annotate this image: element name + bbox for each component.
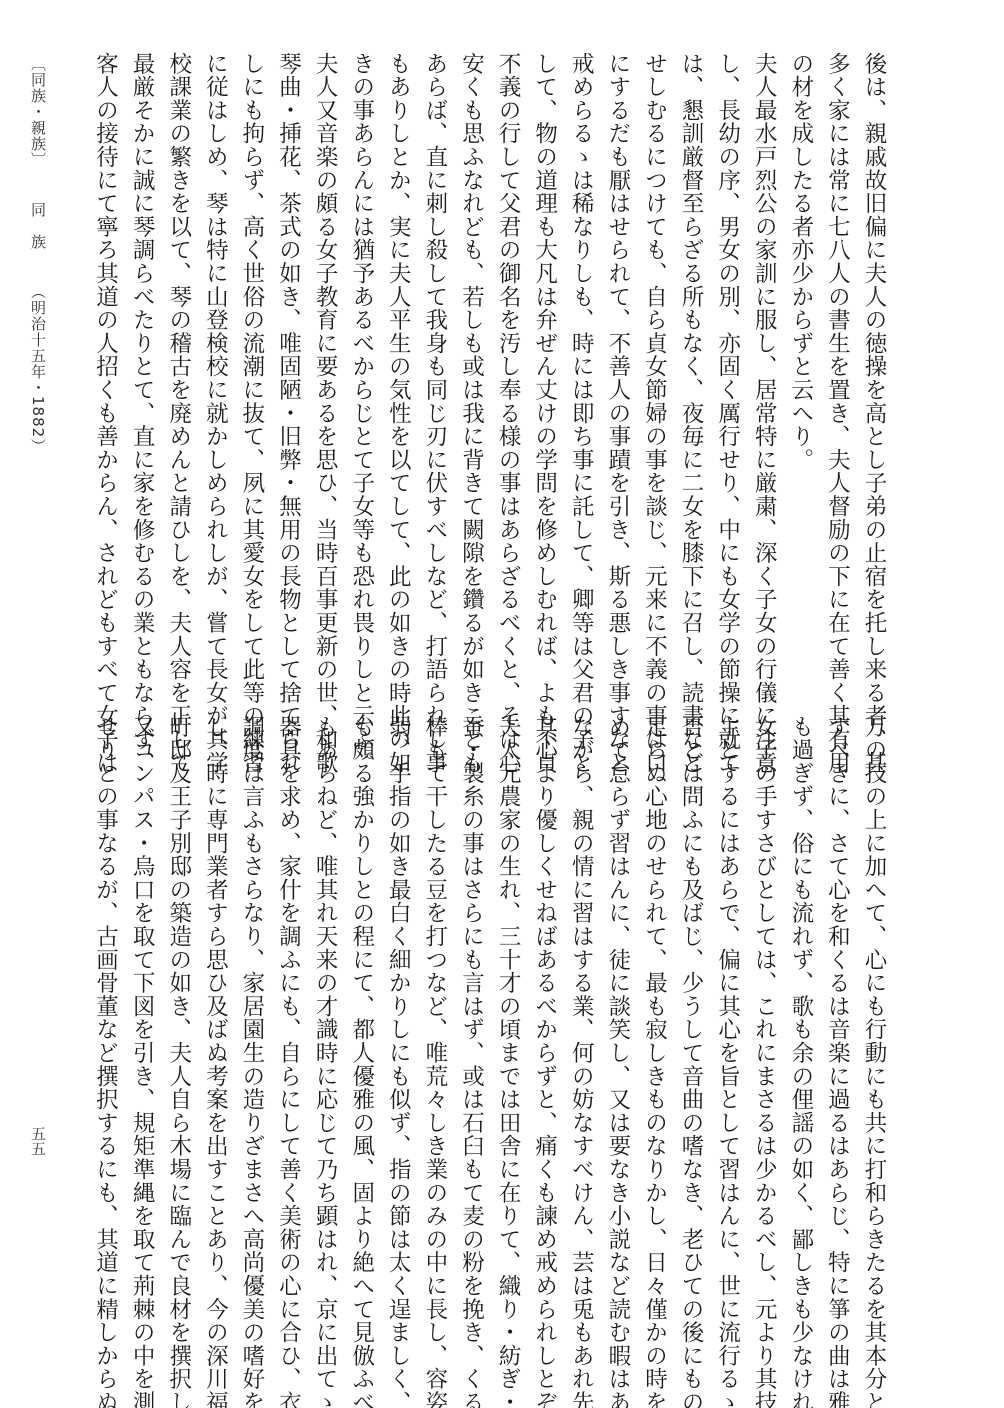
text-column: 町邸及王子別邸の築造の如き、夫人自ら木場に臨んで良材を撰択し、 bbox=[160, 715, 197, 1325]
text-column: も頗る強かりしとの程にて、都人優雅の風、固より絶へて見倣ふべく bbox=[343, 715, 380, 1325]
text-column: し、長幼の序、男女の別、亦固く厲行せり、中にも女学の節操に就て bbox=[709, 52, 746, 662]
text-column: せしむるにつけても、自ら貞女節婦の事を談じ、元来に不義の事は口 bbox=[636, 52, 673, 662]
text-column: もあらねど、唯其れ天来の才識時に応じて乃ち顕はれ、京に出てゝ後 bbox=[307, 715, 344, 1325]
text-column: は、懇訓厳督至らざる所もなく、夜毎に二女を膝下に召し、読書など bbox=[672, 52, 709, 662]
era-label: （明治十五年・1882） bbox=[28, 284, 49, 454]
text-column: 客人の接待にて寧ろ其道の人招くも善からん、されどもすべて女子は bbox=[87, 52, 124, 662]
section-label: 〔同族・親族〕 bbox=[28, 56, 49, 168]
text-column: 後は、親戚故旧偏に夫人の徳操を高とし子弟の止宿を托し来る者、甚 bbox=[855, 52, 892, 662]
text-column: 又コンパス・烏口を取て下図を引き、規矩準縄を取て荊棘の中を測量 bbox=[124, 715, 161, 1325]
text-column: 器具を求め、家什を調ふにも、自らにして善く美術の心に合ひ、衣服 bbox=[270, 715, 307, 1325]
text-column: きの事あらんには猶予あるべからじとて子女等も恐れ畏りしと云ふ。 bbox=[343, 52, 380, 662]
text-column: めて怠らず習はんに、徒に談笑し、又は要なき小説など読む暇はあり bbox=[599, 715, 636, 1325]
text-column: 蚕・製糸の事はさらにも言はず、或は石臼もて麦の粉を挽き、くるり bbox=[453, 715, 490, 1325]
text-column: 戒めらるゝは稀なりしも、時には即ち事に託して、卿等は父君の子と bbox=[563, 52, 600, 662]
text-column: 安くも思ふなれども、若しも或は我に背きて闕隙を鑽るが如きことも bbox=[453, 52, 490, 662]
text-column: 最厳そかに誠に琴調らべたりとて、直に家を修むるの業ともならず、 bbox=[124, 52, 161, 662]
text-column: 夫人又音楽の頗る女子教育に要あるを思ひ、当時百事更新の世、和歌 bbox=[307, 52, 344, 662]
text-column: し、時に専門業者すら思ひ及ばぬ考案を出すことあり、今の深川福住 bbox=[197, 715, 234, 1325]
text-column: 夫人最水戸烈公の家訓に服し、居常特に厳粛、深く子女の行儀に注意 bbox=[746, 52, 783, 662]
text-column: にするだも厭はせられて、不善人の事蹟を引き、斯る悪しき事すなと bbox=[599, 52, 636, 662]
text-column: の材を成したる者亦少からずと云へり。 bbox=[782, 52, 819, 662]
text-column: しにも拘らず、高く世俗の流潮に抜て、夙に其愛女をして此等の練習 bbox=[233, 52, 270, 662]
chapter-title: 同 族 bbox=[28, 202, 49, 250]
top-text-block: 後は、親戚故旧偏に夫人の徳操を高とし子弟の止宿を托し来る者、甚 多く家には常に七… bbox=[87, 52, 892, 662]
page-number: 五五 bbox=[28, 1126, 49, 1156]
text-column: せりとの事なるが、古画骨董など撰択するにも、其道に精しからぬ身 bbox=[87, 715, 124, 1325]
text-column: に従はしめ、琴は特に山登検校に就かしめられしが、嘗て長女が其学 bbox=[197, 52, 234, 662]
text-column: 女子の手すさびとしては、これにまさるは少かるべし、元より其技を bbox=[746, 715, 783, 1325]
text-column: 棒もて干したる豆を打つなど、唯荒々しき業のみの中に長し、容姿繊 bbox=[416, 715, 453, 1325]
text-column: あらば、直に刺し殺して我身も同じ刃に伏すべしなど、打語られし事 bbox=[416, 52, 453, 662]
running-header: 〔同族・親族〕 同 族 （明治十五年・1882） bbox=[28, 56, 49, 454]
text-column: 足らぬ心地のせられて、最も寂しきものなりかし、日々僅かの時を定 bbox=[636, 715, 673, 1325]
text-column: もありしとか、実に夫人平生の気性を以てして、此の如きの時此の如 bbox=[380, 52, 417, 662]
text-column: 否とは問ふにも及ばじ、少うして音曲の嗜なき、老ひての後にものゝ bbox=[672, 715, 709, 1325]
text-column: して、物の道理も大凡は弁ぜん丈けの学問を修めしむれば、よも不貞 bbox=[526, 52, 563, 662]
text-column: 調度は言ふもさらなり、家居園生の造りざまさへ高尚優美の嗜好を有 bbox=[233, 715, 270, 1325]
text-column: 主とするにはあらで、偏に其心を旨として習はんに、世に流行るゝと bbox=[709, 715, 746, 1325]
text-column: 万の技の上に加へて、心にも行動にも共に打和らきたるを其本分とな bbox=[855, 715, 892, 1325]
text-column: 琴曲・挿花、茶式の如き、唯固陋・旧弊・無用の長物として捨てられ bbox=[270, 52, 307, 662]
text-column: 不義の行して父君の御名を汚し奉る様の事はあらざるべくと、そは心 bbox=[489, 52, 526, 662]
text-column: 校課業の繁きを以て、琴の稽古を廃めんと請ひしを、夫人容を正して bbox=[160, 52, 197, 662]
text-column: 其心より優しくせねばあるべからずと、痛くも諫め戒められしとぞ。 bbox=[526, 715, 563, 1325]
text-column: も過ぎず、俗にも流れず、歌も余の俚謡の如く、鄙しきも少なければ bbox=[782, 715, 819, 1325]
bottom-text-block: 万の技の上に加へて、心にも行動にも共に打和らきたるを其本分とな すべきに、さて心… bbox=[87, 715, 892, 1325]
text-column: すべきに、さて心を和くるは音楽に過るはあらじ、特に箏の曲は雅に bbox=[819, 715, 856, 1325]
text-column: 弱、手指の如き最白く細かりしにも似ず、指の節は太く逞ましく、力 bbox=[380, 715, 417, 1325]
text-column: ながら、親の情に習はする業、何の妨なすべけん、芸は兎もあれ先づ bbox=[563, 715, 600, 1325]
text-column: 多く家には常に七八人の書生を置き、夫人督励の下に在て善く其有用 bbox=[819, 52, 856, 662]
text-column: 夫人元農家の生れ、三十才の頃までは田舎に在りて、織り・紡ぎ・養 bbox=[489, 715, 526, 1325]
